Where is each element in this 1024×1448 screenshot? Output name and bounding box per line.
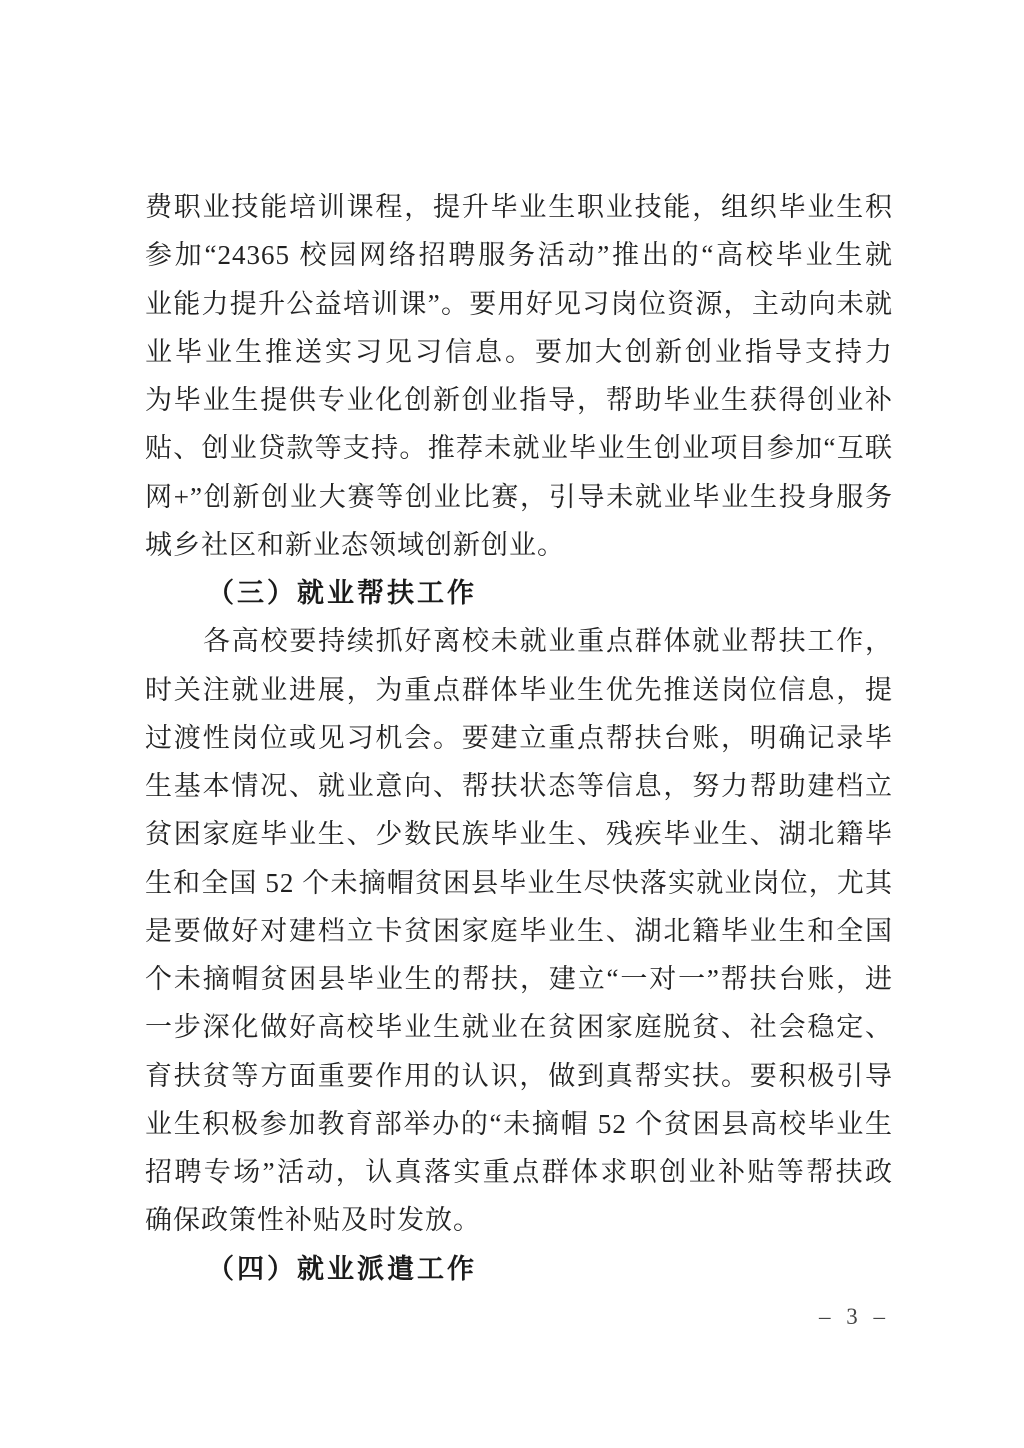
document-body: 费职业技能培训课程，提升毕业生职业技能，组织毕业生积极 参加“24365 校园网…	[145, 183, 893, 1293]
body-line: 是要做好对建档立卡贫困家庭毕业生、湖北籍毕业生和全国 52	[145, 907, 893, 955]
body-line: 贫困家庭毕业生、少数民族毕业生、残疾毕业生、湖北籍毕业	[145, 810, 893, 858]
body-line: 生基本情况、就业意向、帮扶状态等信息，努力帮助建档立卡	[145, 762, 893, 810]
body-line: 招聘专场”活动，认真落实重点群体求职创业补贴等帮扶政策，	[145, 1148, 893, 1196]
body-line: 业毕业生推送实习见习信息。要加大创新创业指导支持力度，	[145, 328, 893, 376]
body-line: 业生积极参加教育部举办的“未摘帽 52 个贫困县高校毕业生	[145, 1100, 893, 1148]
document-page: 费职业技能培训课程，提升毕业生职业技能，组织毕业生积极 参加“24365 校园网…	[0, 0, 1024, 1448]
page-number: – 3 –	[819, 1300, 890, 1334]
body-line: 城乡社区和新业态领域创新创业。	[145, 521, 893, 569]
body-line: 网+”创新创业大赛等创业比赛，引导未就业毕业生投身服务	[145, 473, 893, 521]
body-line: 为毕业生提供专业化创新创业指导，帮助毕业生获得创业补	[145, 376, 893, 424]
body-line: 育扶贫等方面重要作用的认识，做到真帮实扶。要积极引导毕	[145, 1052, 893, 1100]
body-line: 贴、创业贷款等支持。推荐未就业毕业生创业项目参加“互联	[145, 424, 893, 472]
body-line: 过渡性岗位或见习机会。要建立重点帮扶台账，明确记录毕业	[145, 714, 893, 762]
body-line: 业能力提升公益培训课”。要用好见习岗位资源，主动向未就	[145, 280, 893, 328]
body-line: 一步深化做好高校毕业生就业在贫困家庭脱贫、社会稳定、教	[145, 1003, 893, 1051]
body-line: 参加“24365 校园网络招聘服务活动”推出的“高校毕业生就	[145, 231, 893, 279]
section-heading-3: （三）就业帮扶工作	[145, 569, 893, 617]
body-line: 确保政策性补贴及时发放。	[145, 1196, 893, 1244]
body-line: 各高校要持续抓好离校未就业重点群体就业帮扶工作，实	[145, 617, 893, 665]
body-line: 时关注就业进展，为重点群体毕业生优先推送岗位信息，提供	[145, 666, 893, 714]
section-heading-4: （四）就业派遣工作	[145, 1245, 893, 1293]
body-line: 个未摘帽贫困县毕业生的帮扶，建立“一对一”帮扶台账，进	[145, 955, 893, 1003]
body-line: 费职业技能培训课程，提升毕业生职业技能，组织毕业生积极	[145, 183, 893, 231]
body-line: 生和全国 52 个未摘帽贫困县毕业生尽快落实就业岗位，尤其	[145, 859, 893, 907]
